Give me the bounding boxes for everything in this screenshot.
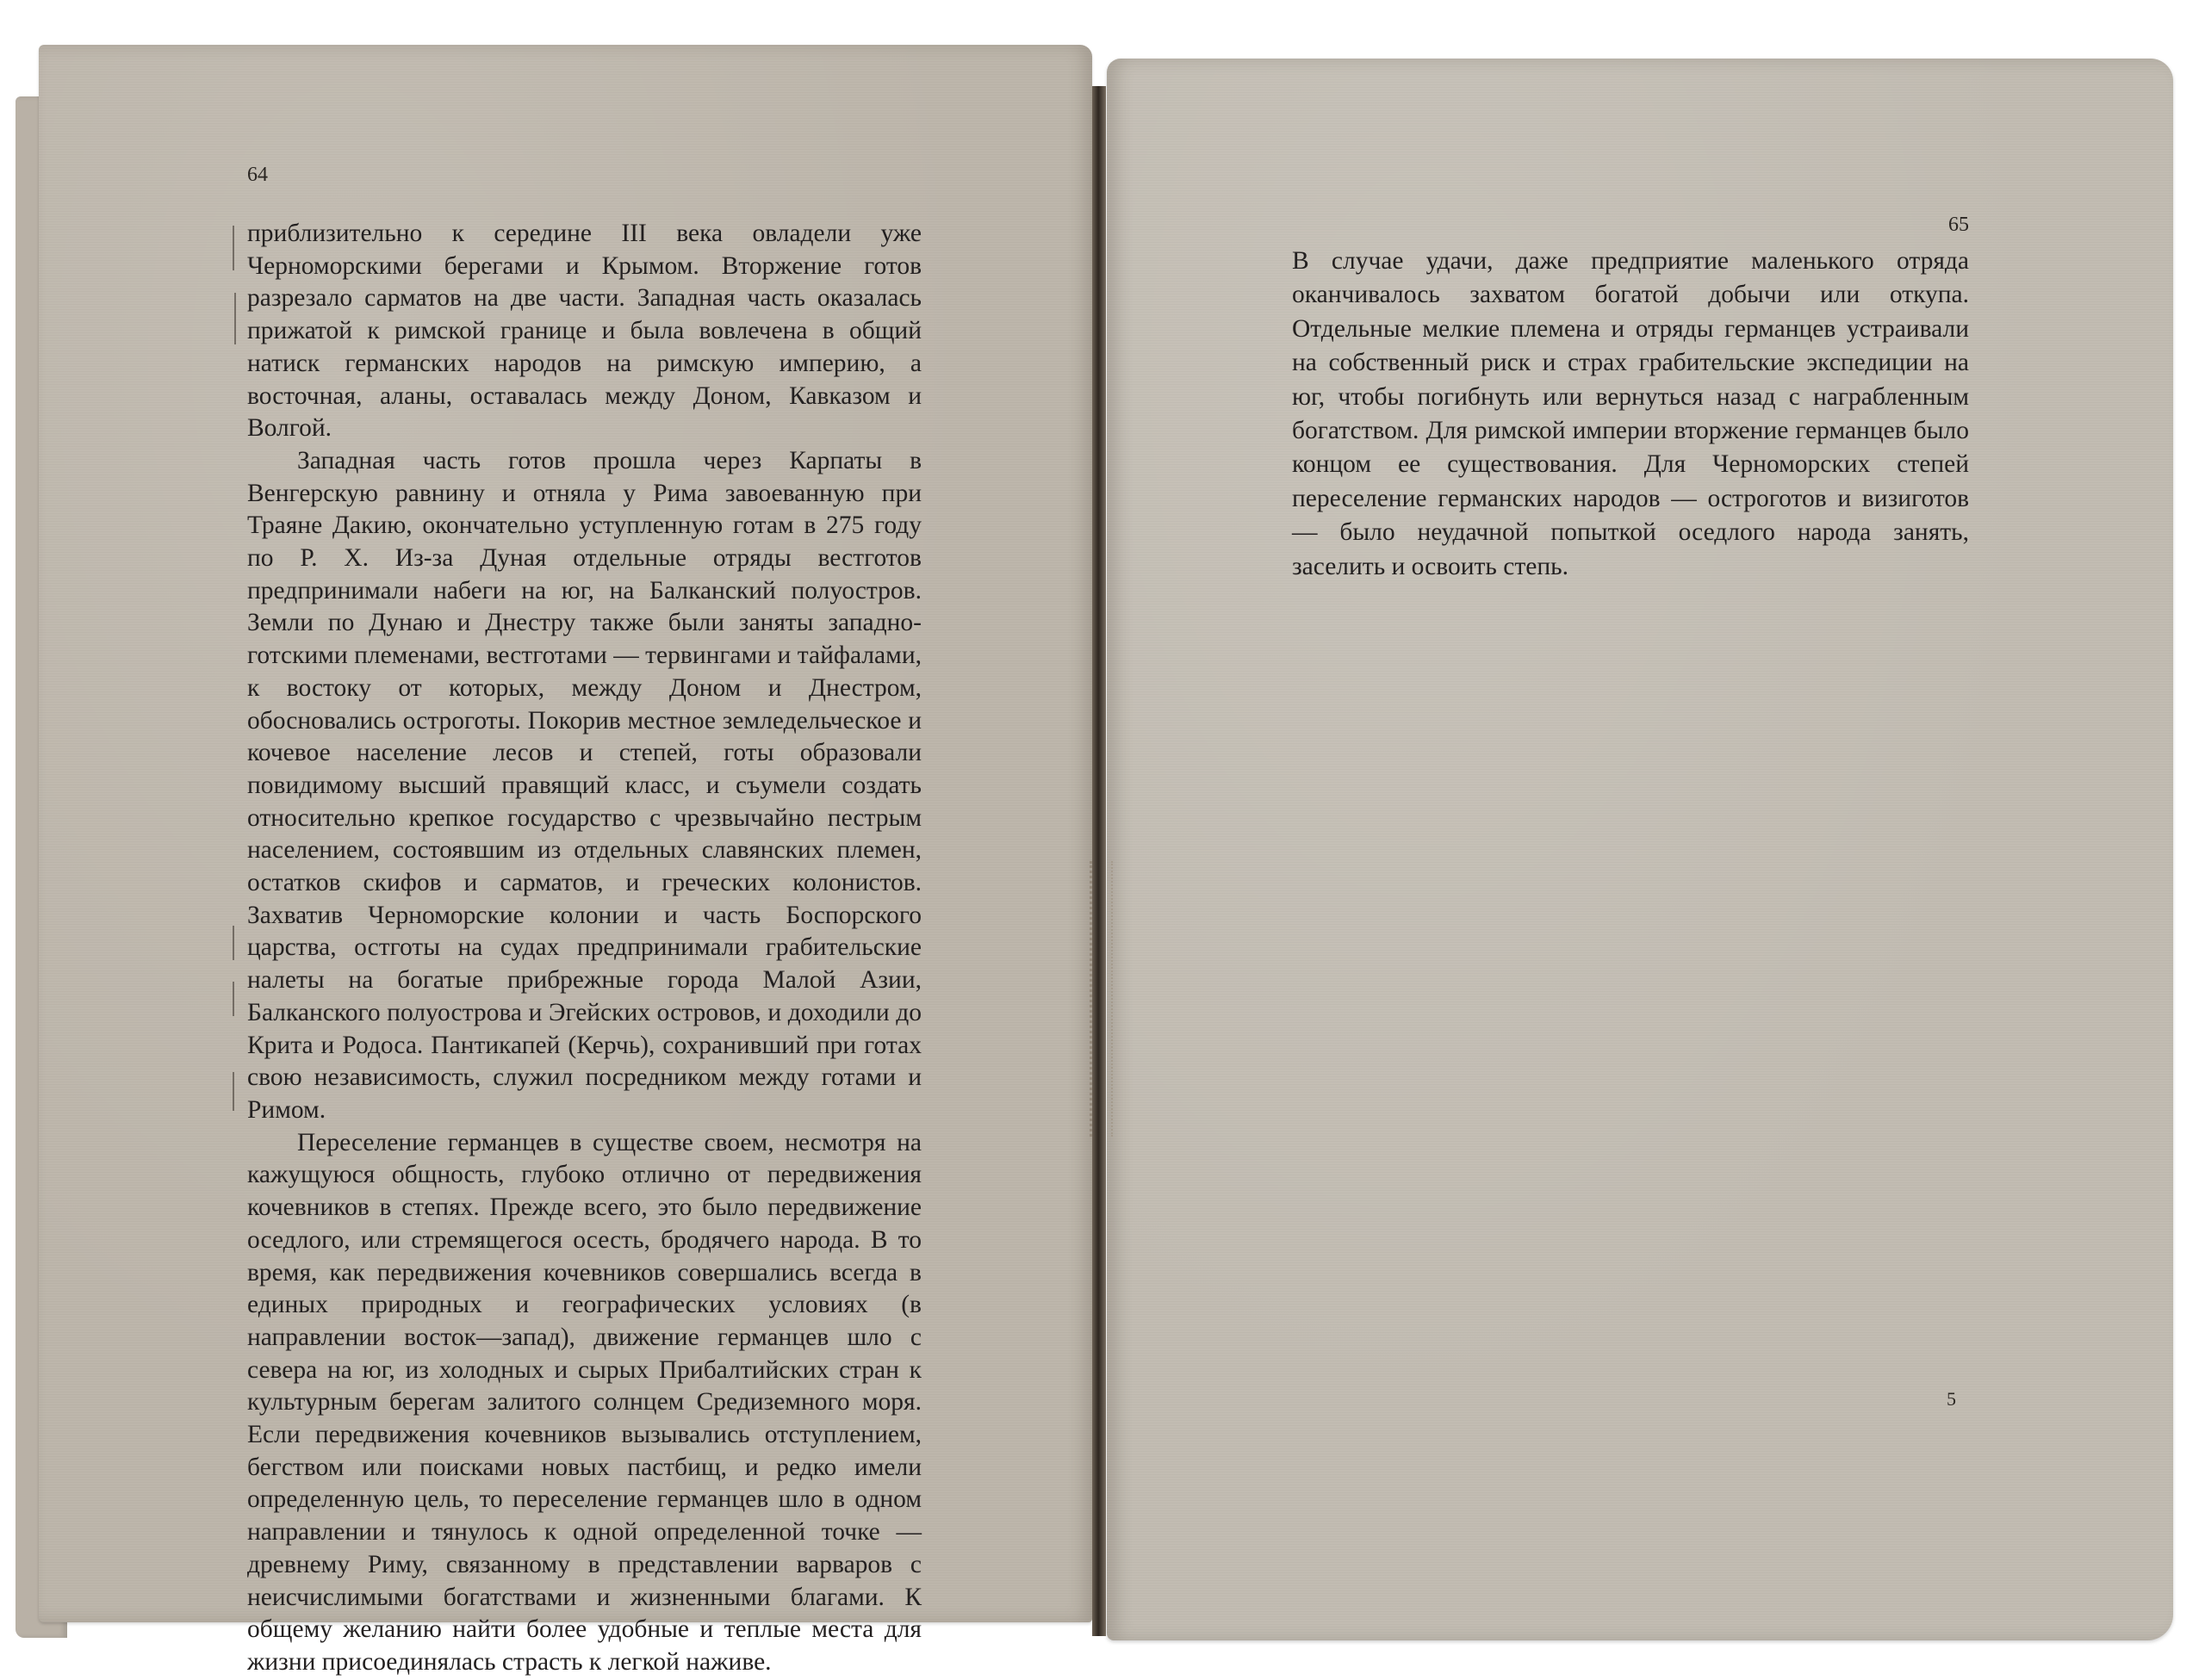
printer-signature-mark: 5: [1947, 1388, 1956, 1410]
margin-pencil-mark: [234, 293, 236, 344]
paragraph: приблизительно к середине III века овлад…: [247, 218, 922, 445]
paragraph: Западная часть готов прошла через Карпат…: [247, 445, 922, 1127]
paragraph: Переселение германцев в существе своем, …: [247, 1127, 922, 1679]
right-page-text-column: В случае удачи, даже предприятие маленьк…: [1292, 245, 1969, 584]
binding-thread: [1090, 861, 1113, 1137]
paragraph: В случае удачи, даже предприятие маленьк…: [1292, 245, 1969, 584]
margin-pencil-mark: [233, 982, 234, 1016]
margin-pencil-mark: [233, 1072, 234, 1111]
left-page-text-column: приблизительно к середине III века овлад…: [247, 218, 922, 1679]
left-page-number: 64: [247, 164, 268, 187]
margin-pencil-mark: [233, 926, 234, 960]
right-page-number: 65: [1948, 214, 1969, 237]
margin-pencil-mark: [233, 226, 234, 270]
